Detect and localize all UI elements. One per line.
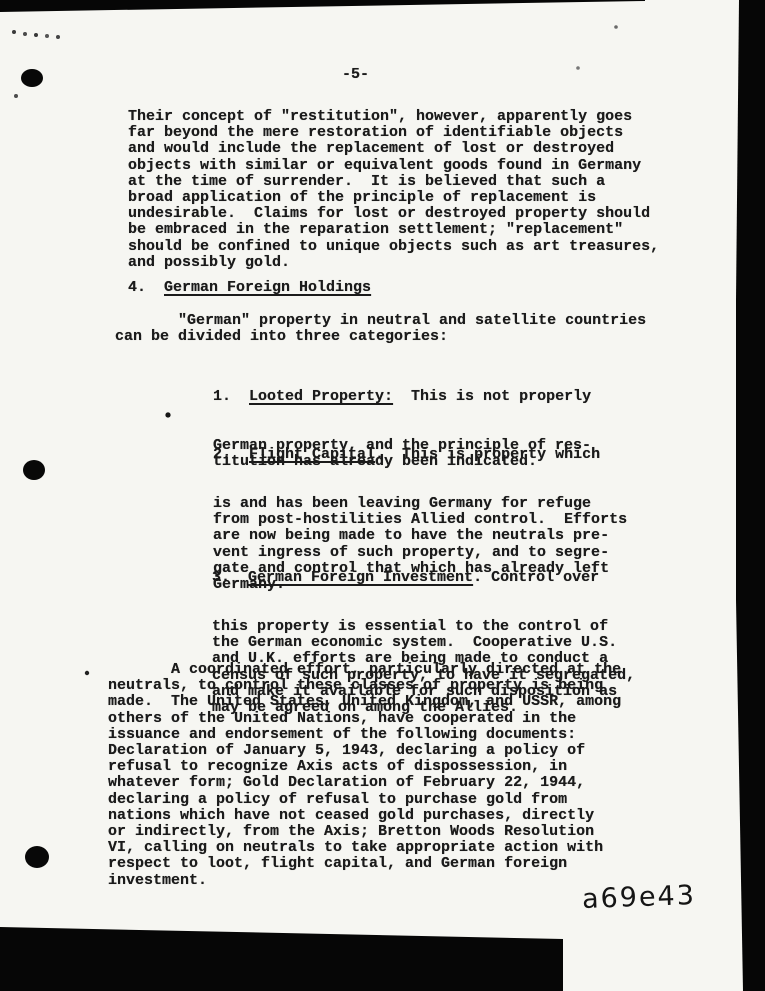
item-title: German Foreign Investment (248, 569, 473, 586)
item-number: 2. (213, 446, 249, 463)
section-number: 4. (128, 279, 164, 296)
item-title: Looted Property: (249, 388, 393, 405)
scan-edge-artifact-right (730, 0, 765, 991)
scan-edge-artifact-bottom (0, 925, 567, 991)
punch-hole-bottom (25, 846, 49, 868)
item-number: 1. (213, 388, 249, 405)
page-number: -5- (342, 67, 369, 83)
punch-hole-top (21, 69, 43, 87)
handwritten-annotation: a69e43 (581, 880, 696, 915)
list-item-first-line: 3. German Foreign Investment. Control ov… (212, 570, 635, 586)
item-first-line-rest: . This is property which (375, 446, 600, 463)
punch-hole-middle (23, 460, 45, 480)
item-first-line-rest: . Control over (473, 569, 599, 586)
list-item-first-line: 2. Flight Capital. This is property whic… (213, 447, 627, 463)
scan-edge-artifact-top (0, 0, 645, 12)
item-first-line-rest: This is not properly (393, 388, 591, 405)
section-intro-paragraph: "German" property in neutral and satelli… (115, 313, 646, 345)
item-number: 3. (212, 569, 248, 586)
list-item-first-line: 1. Looted Property: This is not properly (213, 389, 591, 405)
section-heading: 4. German Foreign Holdings (128, 280, 371, 296)
scan-speckles (0, 0, 2, 2)
paragraph-restitution: Their concept of "restitution", however,… (128, 109, 659, 271)
section-heading-title: German Foreign Holdings (164, 279, 371, 296)
closing-paragraph: A coordinated effort, particularly direc… (108, 662, 621, 889)
item-title: Flight Capital (249, 446, 375, 463)
scanned-document-page: -5- Their concept of "restitution", howe… (0, 0, 765, 991)
